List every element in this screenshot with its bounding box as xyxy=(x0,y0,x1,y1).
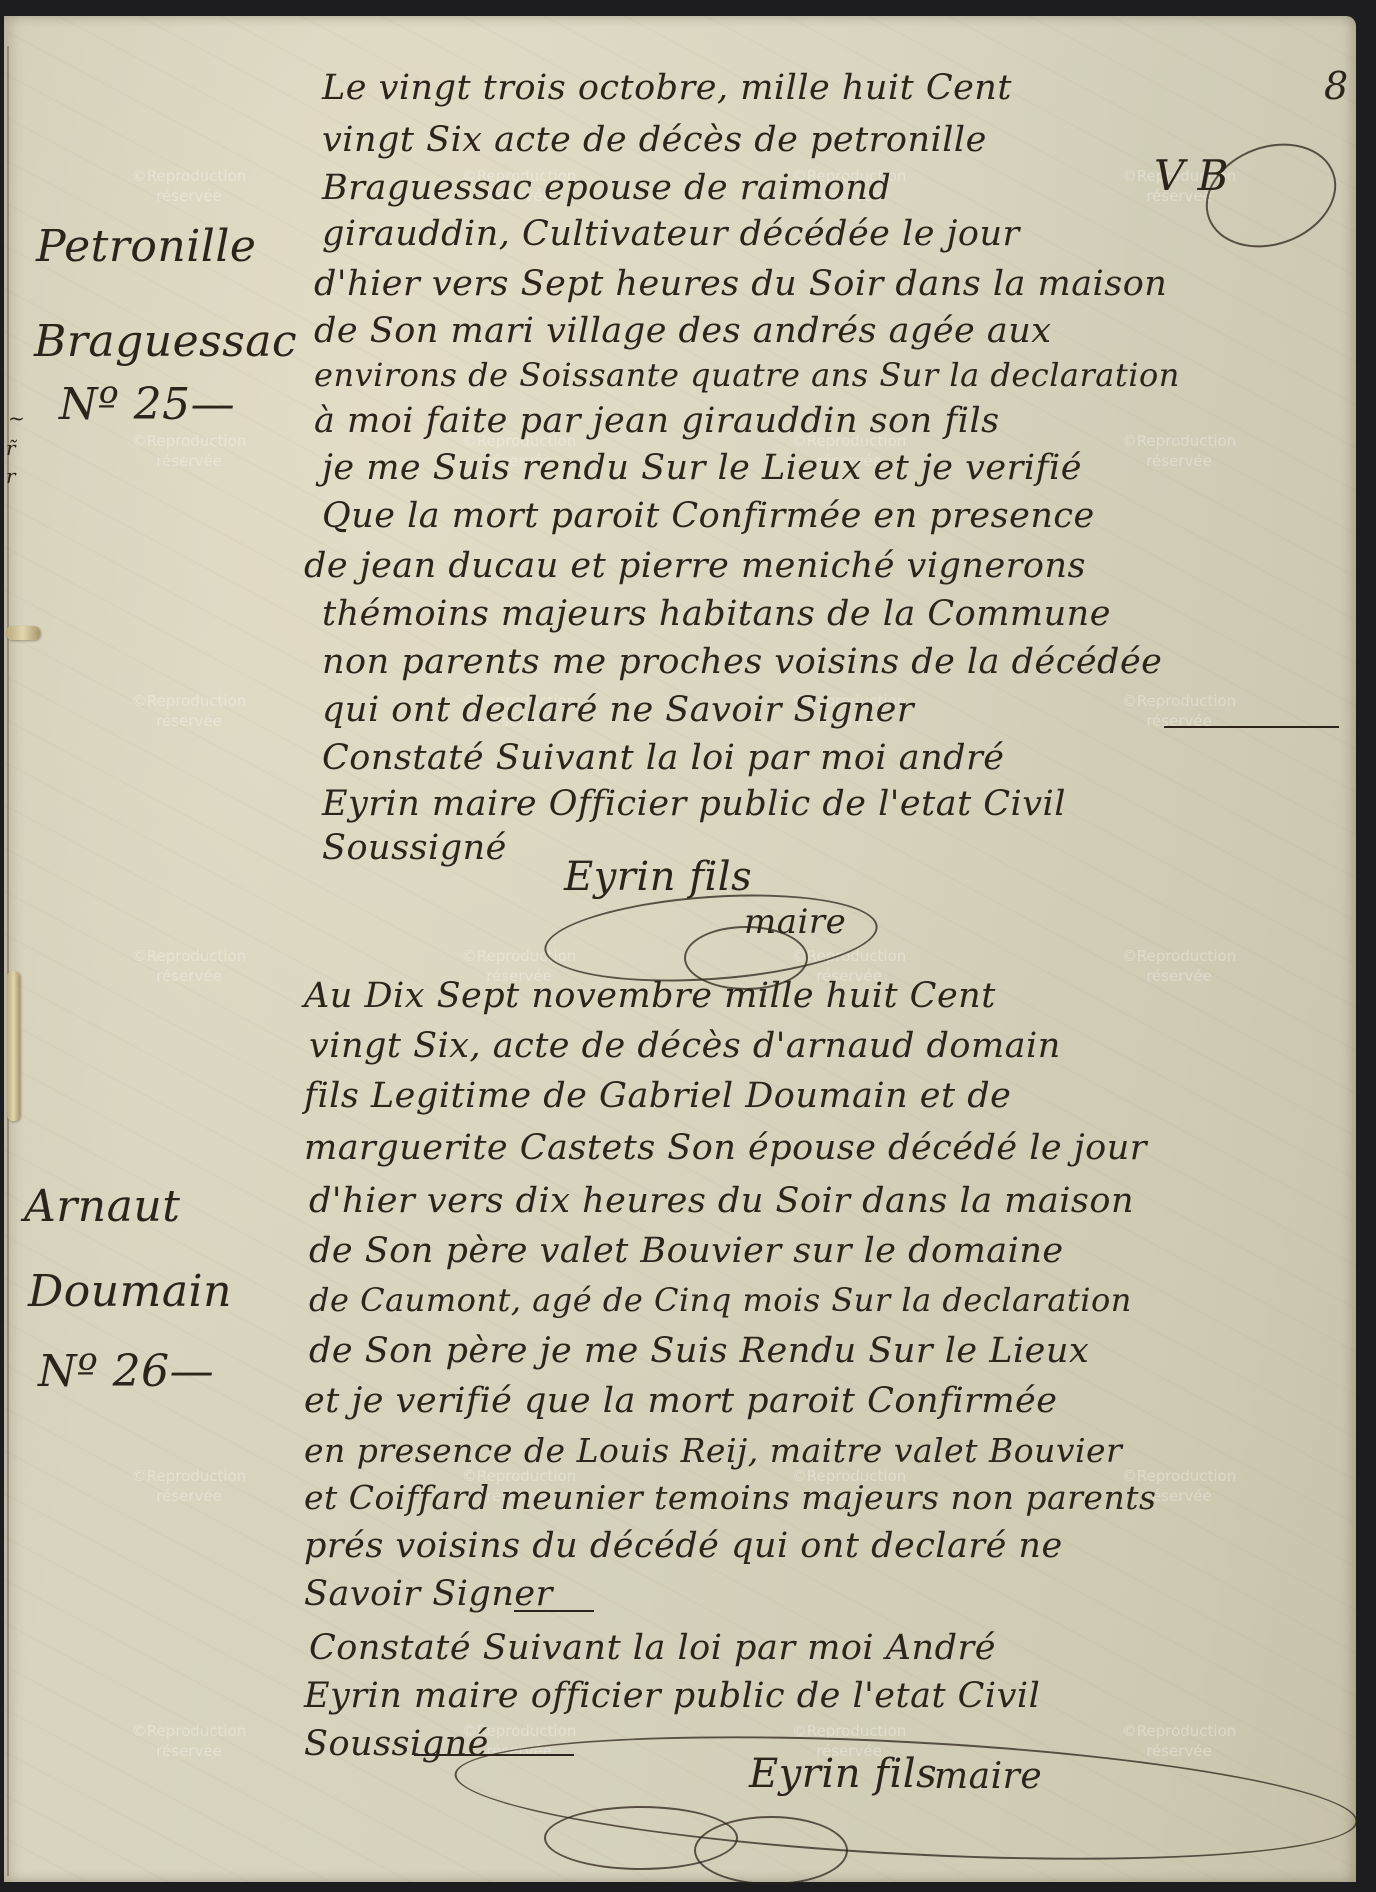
record-line: Soussigné xyxy=(322,828,507,868)
record-line: de jean ducau et pierre meniché vigneron… xyxy=(304,546,1086,586)
record-line: Eyrin maire officier public de l'etat Ci… xyxy=(304,1676,1040,1716)
line-filler xyxy=(514,1610,594,1612)
record-line: fils Legitime de Gabriel Doumain et de xyxy=(304,1076,1011,1116)
margin-name-first: Arnaut xyxy=(24,1181,180,1232)
record-line: prés voisins du décédé qui ont declaré n… xyxy=(304,1526,1063,1566)
record-line: Eyrin maire Officier public de l'etat Ci… xyxy=(322,784,1066,824)
signature-flourish xyxy=(544,1806,738,1870)
scan-background: ~ r̃ r ©Reproductionréservée ©Reproducti… xyxy=(0,0,1376,1892)
page-mark: 8 xyxy=(1324,64,1349,108)
record-line: de Caumont, agé de Cinq mois Sur la decl… xyxy=(309,1281,1132,1319)
watermark: ©Reproductionréservée xyxy=(1104,691,1254,731)
edge-fragment: r xyxy=(6,464,16,488)
edge-fragment: ~ xyxy=(8,406,25,430)
register-page: ~ r̃ r ©Reproductionréservée ©Reproducti… xyxy=(4,16,1356,1882)
margin-name-first: Petronille xyxy=(36,221,256,272)
binding-thread xyxy=(7,971,20,1121)
watermark: ©Reproductionréservée xyxy=(1104,1721,1254,1761)
watermark: ©Reproductionréservée xyxy=(114,691,264,731)
record-line: de Son père je me Suis Rendu Sur le Lieu… xyxy=(309,1331,1089,1371)
binding-thread xyxy=(6,626,40,640)
record-line: non parents me proches voisins de la déc… xyxy=(322,642,1162,682)
initials-flourish xyxy=(1191,126,1351,265)
margin-name-last: Doumain xyxy=(28,1266,232,1317)
record-line: et Coiffard meunier temoins majeurs non … xyxy=(304,1478,1156,1517)
watermark: ©Reproductionréservée xyxy=(114,946,264,986)
record-line: Le vingt trois octobre, mille huit Cent xyxy=(322,68,1012,108)
record-line: à moi faite par jean girauddin son fils xyxy=(314,401,1000,441)
watermark: ©Reproductionréservée xyxy=(114,431,264,471)
record-line: je me Suis rendu Sur le Lieux et je veri… xyxy=(322,448,1082,488)
binding-gutter xyxy=(7,46,9,1876)
entry-number: Nº 25— xyxy=(59,379,235,430)
record-line: d'hier vers Sept heures du Soir dans la … xyxy=(314,264,1167,304)
record-line: thémoins majeurs habitans de la Commune xyxy=(322,594,1111,634)
record-line: qui ont declaré ne Savoir Signer xyxy=(322,690,914,730)
watermark: ©Reproductionréservée xyxy=(1104,431,1254,471)
record-line: Que la mort paroit Confirmée en presence xyxy=(322,496,1095,536)
record-line: marguerite Castets Son épouse décédé le … xyxy=(304,1128,1147,1168)
entry-number: Nº 26— xyxy=(38,1346,214,1397)
record-line: vingt Six acte de décès de petronille xyxy=(322,120,987,160)
record-line: vingt Six, acte de décès d'arnaud domain xyxy=(309,1026,1061,1066)
record-line: environs de Soissante quatre ans Sur la … xyxy=(314,356,1180,394)
record-line: Soussigné xyxy=(304,1724,489,1764)
record-line: Braguessac epouse de raimond xyxy=(322,168,891,208)
record-line: de Son père valet Bouvier sur le domaine xyxy=(309,1231,1064,1271)
watermark: ©Reproductionréservée xyxy=(114,1466,264,1506)
record-line: en presence de Louis Reij, maitre valet … xyxy=(304,1431,1122,1470)
signature-name: Eyrin fils xyxy=(564,854,752,900)
watermark: ©Reproductionréservée xyxy=(114,1721,264,1761)
record-line: Au Dix Sept novembre mille huit Cent xyxy=(304,976,996,1016)
watermark: ©Reproductionréservée xyxy=(114,166,264,206)
record-line: girauddin, Cultivateur décédée le jour xyxy=(322,214,1020,254)
record-line: d'hier vers dix heures du Soir dans la m… xyxy=(309,1181,1134,1221)
edge-fragment: r̃ xyxy=(6,436,16,460)
margin-name-last: Braguessac xyxy=(34,316,297,367)
record-line: de Son mari village des andrés agée aux xyxy=(314,311,1052,351)
record-line: Savoir Signer xyxy=(304,1574,553,1614)
record-line: et je verifié que la mort paroit Confirm… xyxy=(304,1381,1058,1421)
record-line: Constaté Suivant la loi par moi andré xyxy=(322,738,1005,778)
record-line: Constaté Suivant la loi par moi André xyxy=(309,1628,996,1668)
line-filler xyxy=(1164,726,1339,728)
watermark: ©Reproductionréservée xyxy=(1104,946,1254,986)
